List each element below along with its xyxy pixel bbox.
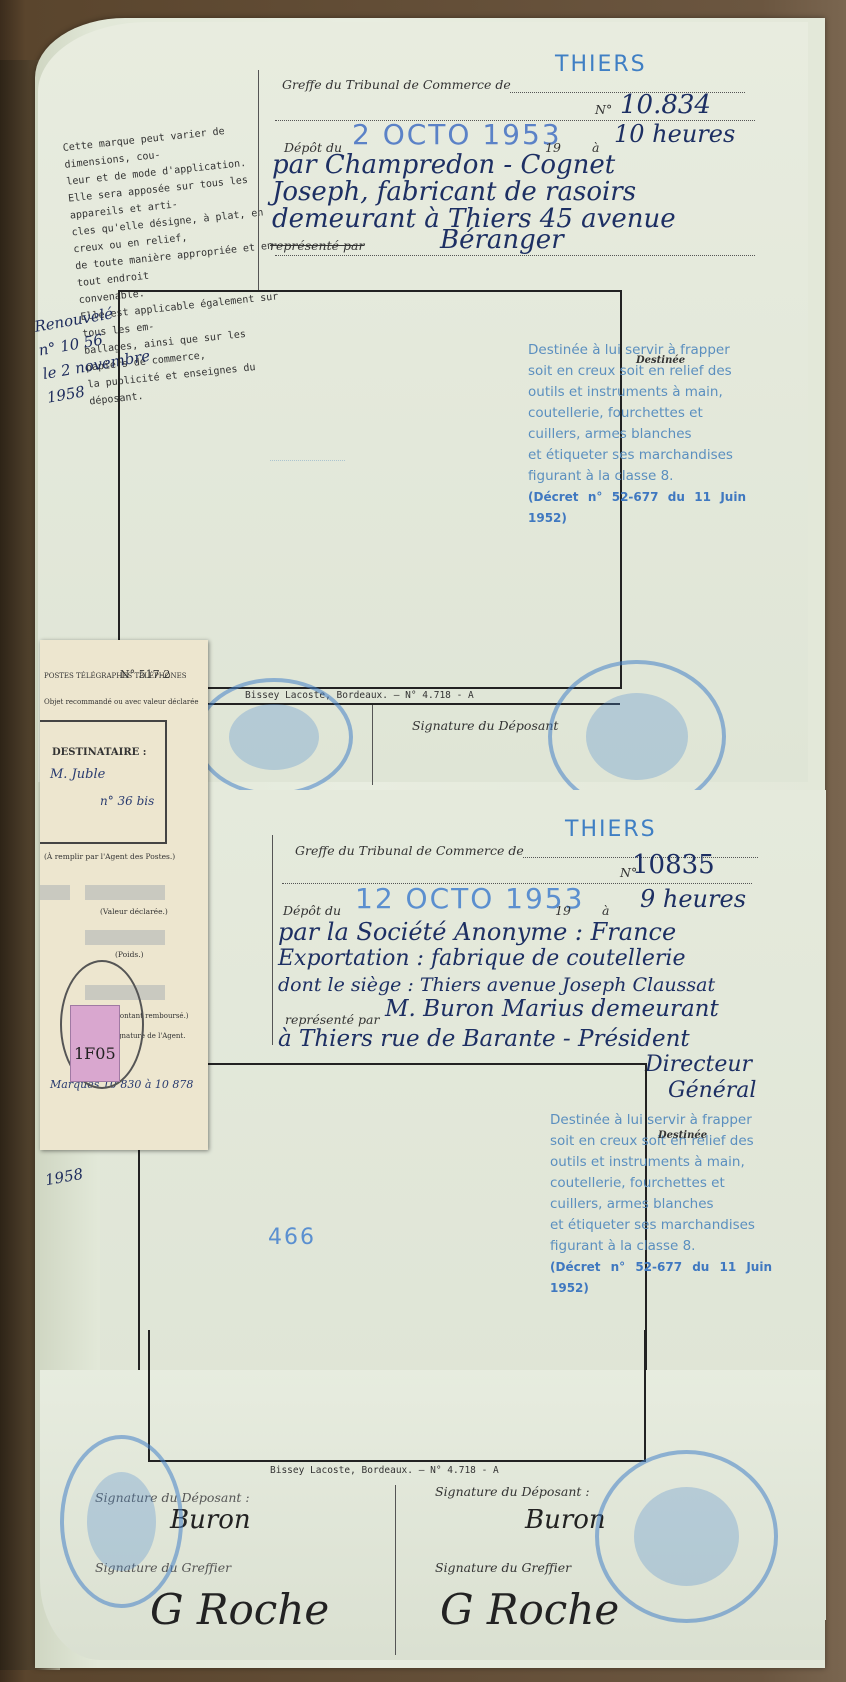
record2-deposit-label: Dépôt du <box>283 903 341 918</box>
record2-year-prefix: 19 <box>555 903 571 918</box>
record2-representative-line: M. Buron Marius demeurant <box>385 996 719 1022</box>
postage-stamp: 1F05 <box>70 1005 120 1082</box>
record1-depositor-line: Joseph, fabricant de rasoirs <box>272 177 636 207</box>
record2-time-label: à <box>602 903 609 918</box>
slip-recipient-label: DESTINATAIRE : <box>52 747 146 758</box>
record1-tribunal: THIERS <box>555 52 647 77</box>
record2-representative-line: à Thiers rue de Barante - Président <box>278 1026 690 1052</box>
record2-signature-clerk-label: Signature du Greffier <box>435 1560 571 1575</box>
slip-agent-note: (À remplir par l'Agent des Postes.) <box>44 852 175 861</box>
record2-signature-depositor-label: Signature du Déposant : <box>435 1484 590 1499</box>
record2-represented-label: représenté par <box>285 1012 379 1027</box>
slip-subtitle: Objet recommandé ou avec valeur déclarée <box>44 698 199 706</box>
column-divider <box>258 70 259 290</box>
slip-number: N° 517-2 <box>120 668 170 681</box>
left-signature-clerk: G Roche <box>150 1585 329 1634</box>
record2-depositor-line: dont le siège : Thiers avenue Joseph Cla… <box>278 974 715 996</box>
record2-time: 9 heures <box>640 885 746 913</box>
faint-trademark-impression <box>270 432 345 461</box>
record1-header-label: Greffe du Tribunal de Commerce de <box>282 77 511 92</box>
slip-field <box>85 885 165 900</box>
record1-number-label: N° <box>595 102 612 117</box>
record1-number: 10.834 <box>620 90 711 120</box>
record2-representative-line: Général <box>668 1078 756 1103</box>
court-seal <box>595 1450 778 1623</box>
record2-header-label: Greffe du Tribunal de Commerce de <box>295 843 524 858</box>
court-seal <box>60 1435 183 1608</box>
record2-tribunal: THIERS <box>565 817 657 842</box>
record2-number: 10835 <box>632 850 715 880</box>
record2-box-number: 466 <box>268 1225 316 1250</box>
record2-deposit-date: 12 OCTO 1953 <box>355 882 584 915</box>
signature-divider <box>372 705 373 785</box>
record1-usage-notice: Destinée à lui servir à frapper soit en … <box>528 340 746 529</box>
slip-field <box>40 885 70 900</box>
record2-depositor-line: par la Société Anonyme : France <box>278 918 676 946</box>
record2-signature-depositor: Buron <box>525 1505 606 1535</box>
record2-depositor-line: Exportation : fabrique de coutellerie <box>278 946 685 971</box>
slip-weight: (Poids.) <box>115 950 144 959</box>
slip-field <box>85 930 165 945</box>
trademark-box-2-bottom <box>148 1330 646 1462</box>
slip-declared-value: (Valeur déclarée.) <box>100 907 168 916</box>
record1-represented-label: représenté par <box>270 238 364 253</box>
column-divider <box>272 835 273 1045</box>
record2-printer-imprint: Bissey Lacoste, Bordeaux. — N° 4.718 - A <box>270 1465 499 1476</box>
record1-depositor-line: par Champredon - Cognet <box>272 150 615 180</box>
record1-signature-label: Signature du Déposant <box>412 718 558 733</box>
slip-recipient-box: DESTINATAIRE : M. Juble n° 36 bis <box>40 720 167 844</box>
court-seal <box>195 678 353 796</box>
slip-recipient-name: M. Juble <box>50 767 105 782</box>
record2-representative-line: Directeur <box>645 1052 752 1077</box>
record2-overlay-word: Destinée <box>658 1130 707 1141</box>
stamp-value: 1F05 <box>74 1044 116 1063</box>
record2-signature-clerk: G Roche <box>440 1585 619 1634</box>
record1-depositor-line: Béranger <box>440 225 564 255</box>
slip-recipient-street: n° 36 bis <box>100 794 154 808</box>
record1-rule <box>275 255 755 256</box>
record1-time: 10 heures <box>614 120 735 148</box>
record1-overlay-word: Destinée <box>636 355 685 366</box>
signature-divider <box>395 1485 396 1655</box>
record1-deposit-date: 2 OCTO 1953 <box>352 118 562 151</box>
